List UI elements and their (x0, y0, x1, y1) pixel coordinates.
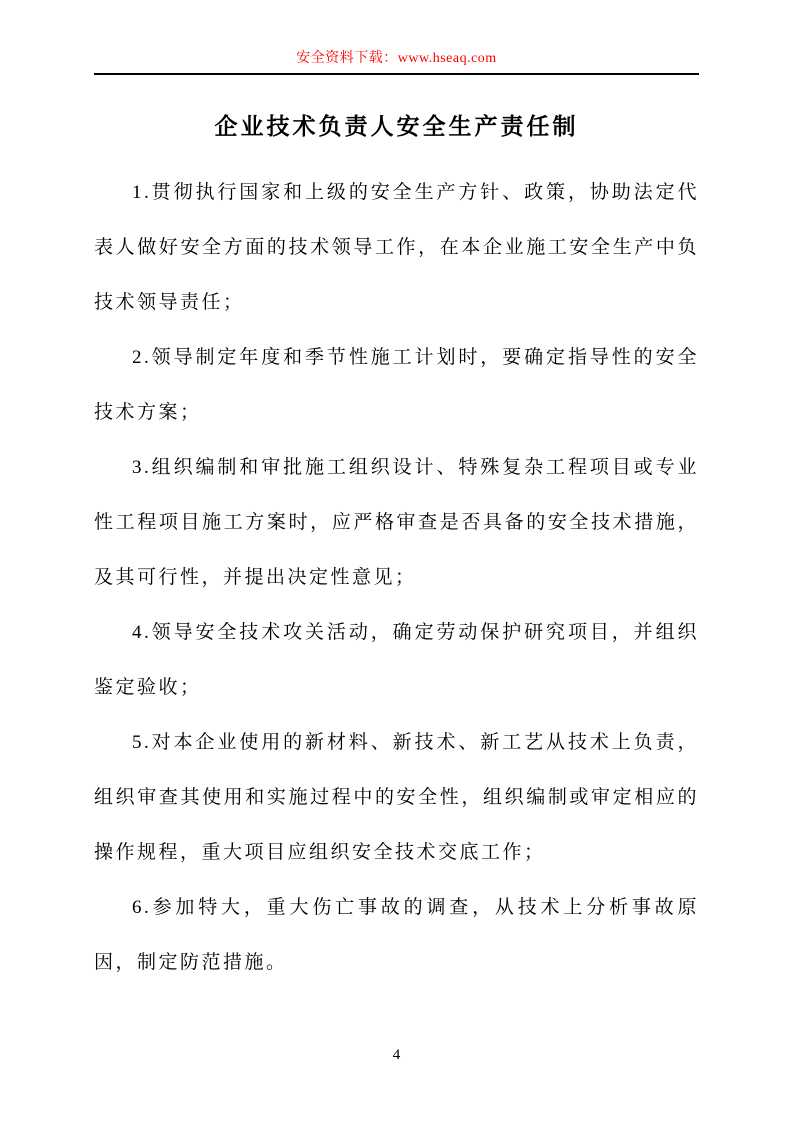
document-page: 安全资料下载：www.hseaq.com 企业技术负责人安全生产责任制 1.贯彻… (0, 0, 793, 1122)
header-download-text: 安全资料下载：www.hseaq.com (94, 47, 699, 67)
paragraph-5: 5.对本企业使用的新材料、新技术、新工艺从技术上负责，组织审查其使用和实施过程中… (94, 715, 699, 880)
page-header: 安全资料下载：www.hseaq.com (94, 0, 699, 75)
paragraph-2: 2.领导制定年度和季节性施工计划时，要确定指导性的安全技术方案； (94, 330, 699, 440)
document-title: 企业技术负责人安全生产责任制 (94, 108, 699, 141)
paragraph-6: 6.参加特大，重大伤亡事故的调查，从技术上分析事故原因，制定防范措施。 (94, 880, 699, 990)
header-divider (94, 73, 699, 75)
page-number: 4 (0, 1047, 793, 1064)
paragraph-3: 3.组织编制和审批施工组织设计、特殊复杂工程项目或专业性工程项目施工方案时，应严… (94, 440, 699, 605)
paragraph-4: 4.领导安全技术攻关活动，确定劳动保护研究项目，并组织鉴定验收； (94, 605, 699, 715)
paragraph-1: 1.贯彻执行国家和上级的安全生产方针、政策，协助法定代表人做好安全方面的技术领导… (94, 165, 699, 330)
document-body: 1.贯彻执行国家和上级的安全生产方针、政策，协助法定代表人做好安全方面的技术领导… (94, 165, 699, 990)
page-content: 安全资料下载：www.hseaq.com 企业技术负责人安全生产责任制 1.贯彻… (94, 0, 699, 990)
